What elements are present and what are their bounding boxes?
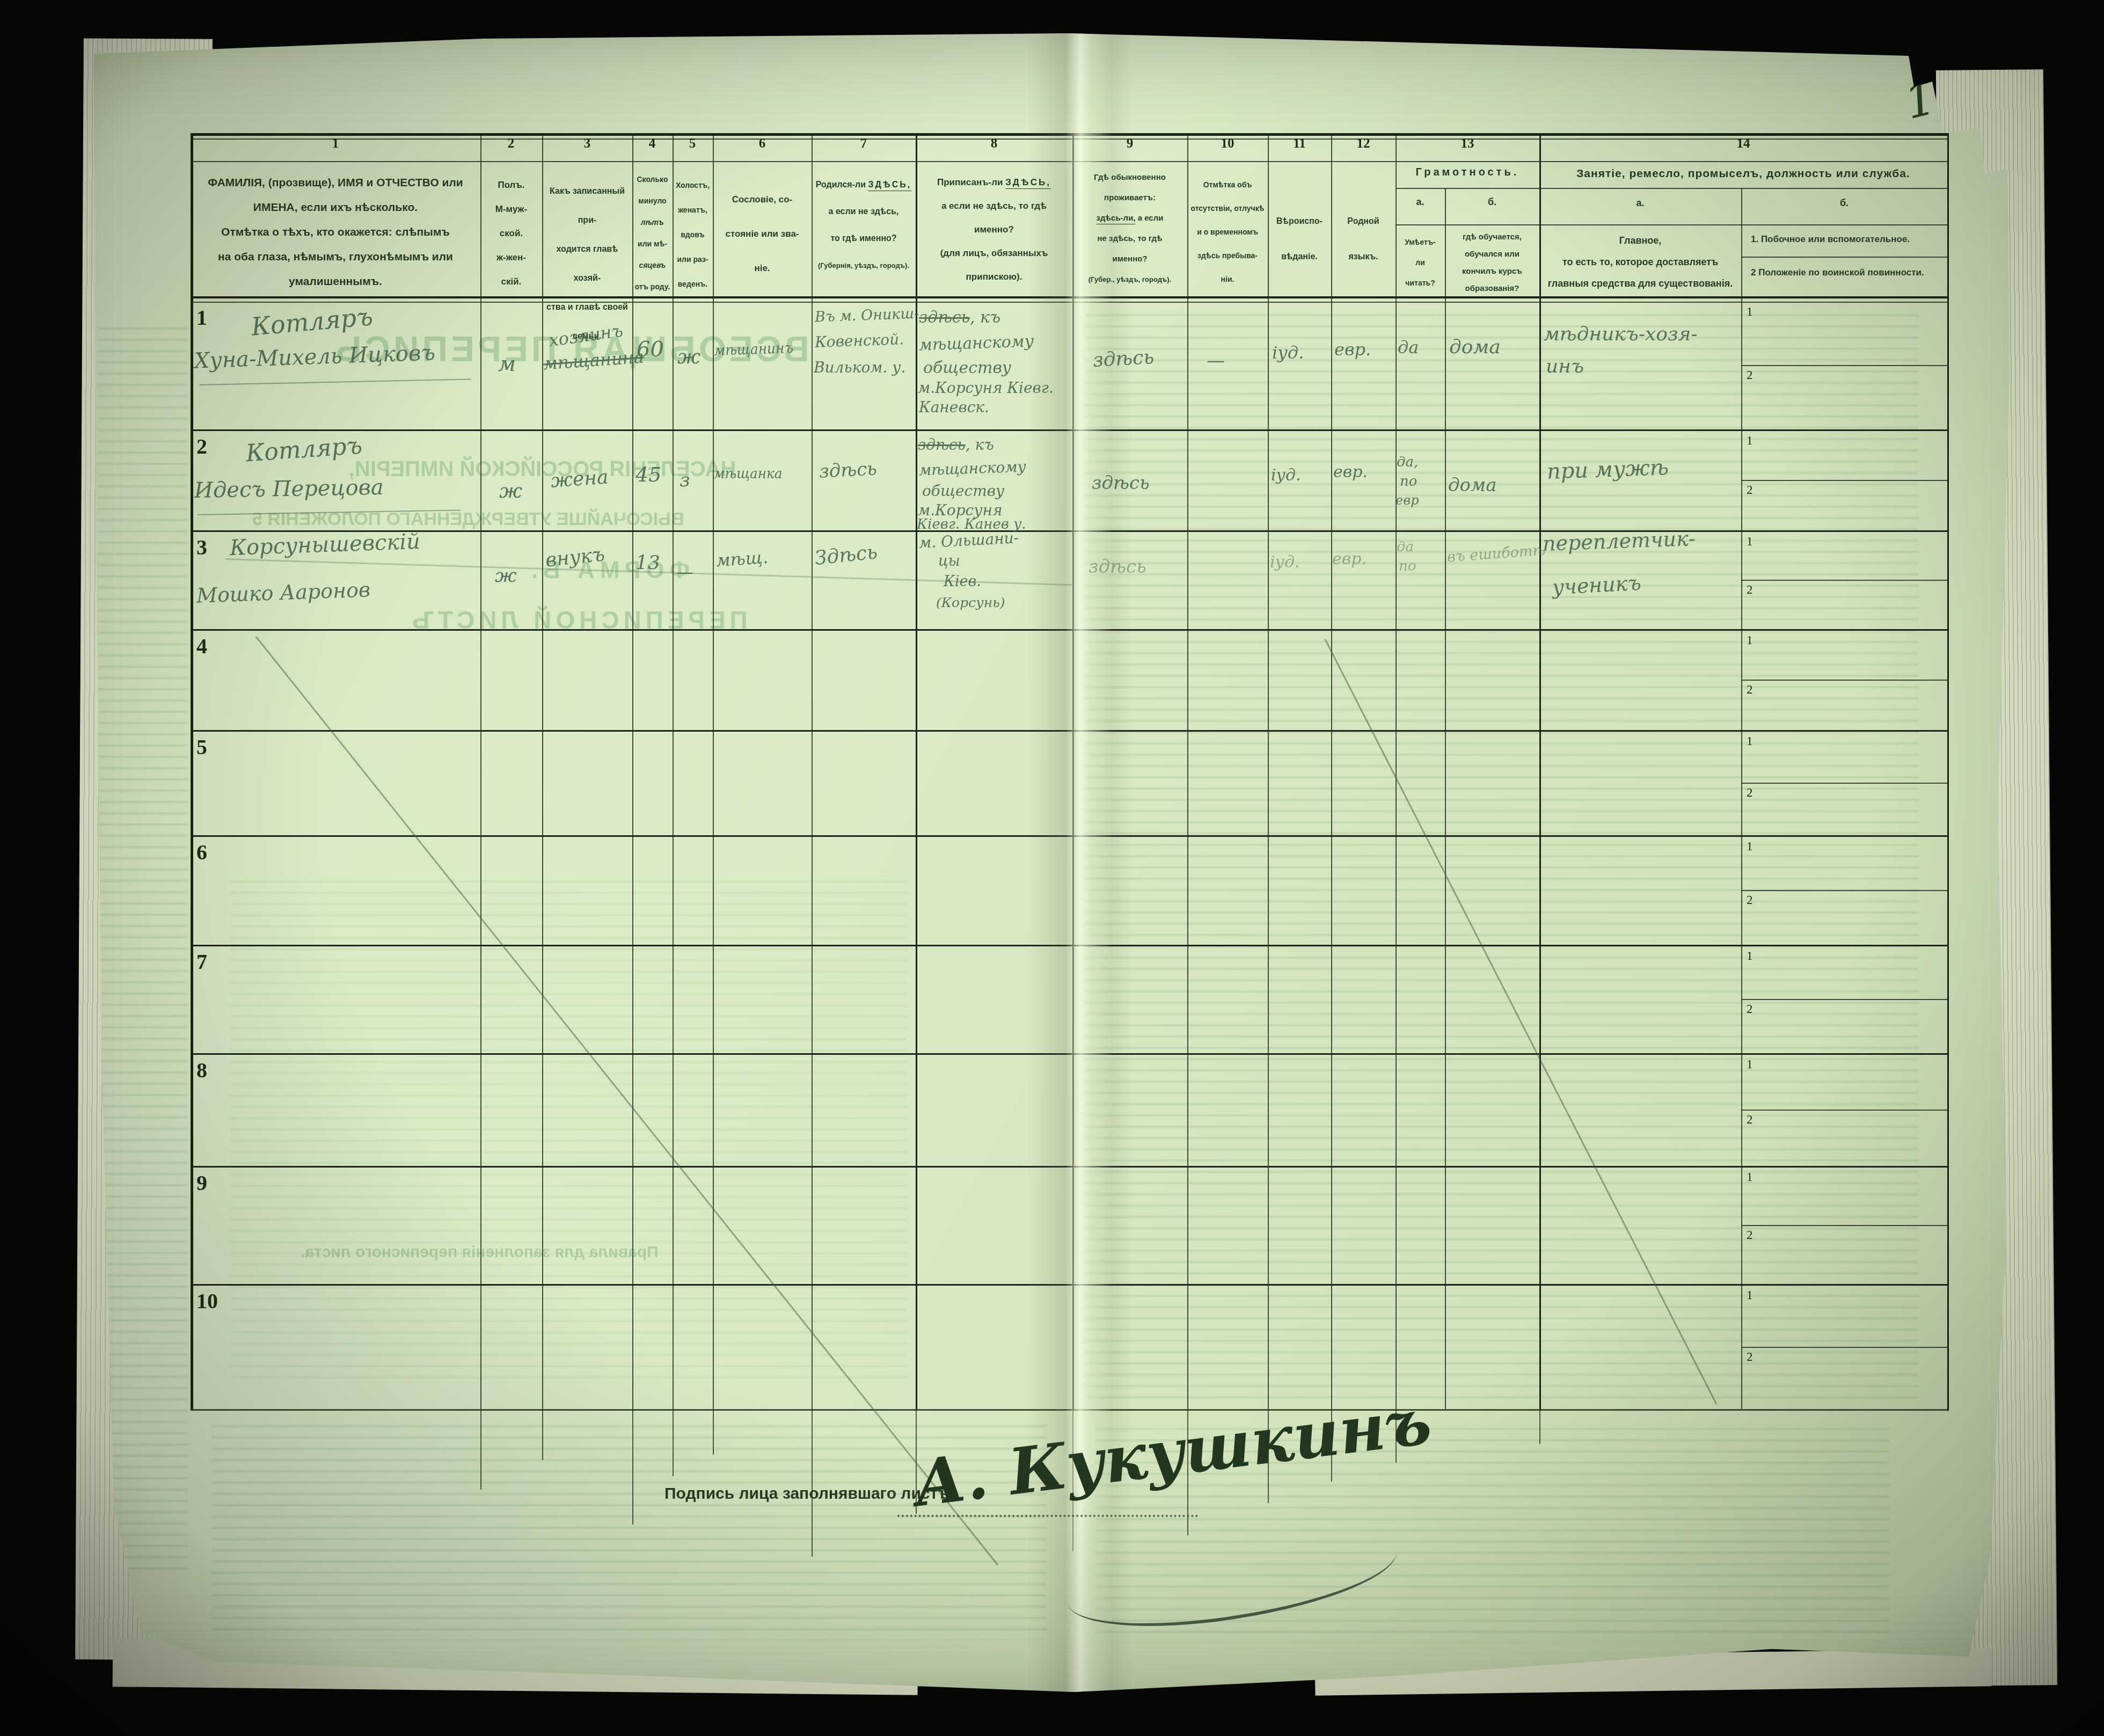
signature-label: Подпись лица заполнявшаго листъ bbox=[664, 1485, 949, 1503]
scanned-census-spread: ВСЕОБЩАЯ ПЕРЕПИСЬ НАСЕЛЕНІЯ РОССІЙСКОЙ И… bbox=[0, 0, 2104, 1736]
signature: А. Кукушкинъ bbox=[910, 1383, 1435, 1521]
paper-spread: ВСЕОБЩАЯ ПЕРЕПИСЬ НАСЕЛЕНІЯ РОССІЙСКОЙ И… bbox=[0, 0, 2104, 1736]
footer-layer: Подпись лица заполнявшаго листъ А. Кукуш… bbox=[0, 0, 2104, 1736]
signature-flourish bbox=[1061, 1509, 1403, 1644]
